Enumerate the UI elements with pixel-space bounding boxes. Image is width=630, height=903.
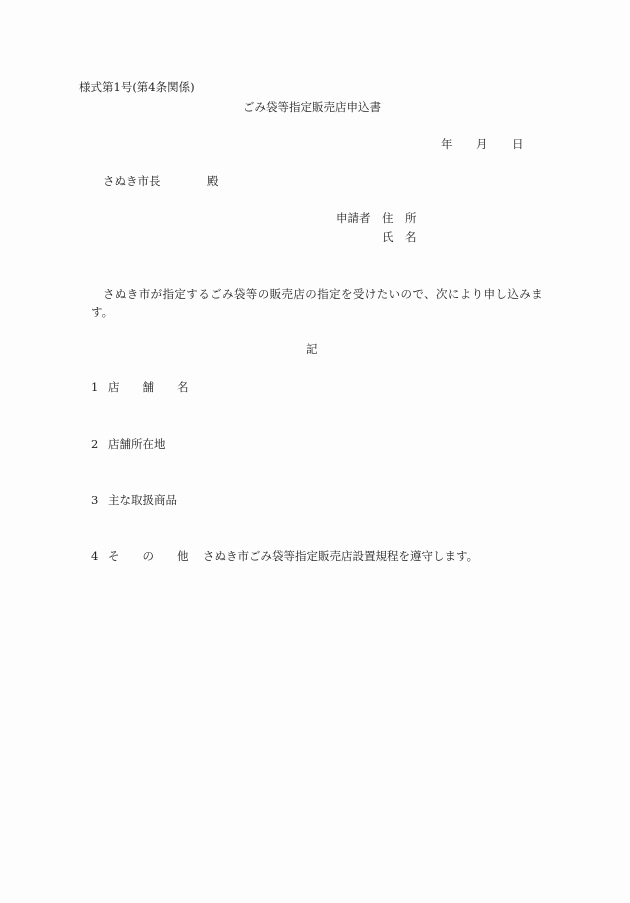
- date-day: 日: [512, 137, 524, 151]
- item-1-number: 1: [91, 380, 98, 394]
- item-4-number: 4: [91, 549, 98, 563]
- item-2-number: 2: [91, 437, 98, 451]
- item-1-label: 店 舗 名: [108, 380, 189, 394]
- applicant-label: 申請者: [336, 211, 371, 225]
- item-3-number: 3: [91, 493, 98, 507]
- applicant-name-label: 氏 名: [382, 230, 417, 244]
- addressee-name: さぬき市長: [103, 174, 161, 188]
- document-title: ごみ袋等指定販売店申込書: [243, 100, 381, 114]
- item-2-label: 店舗所在地: [108, 437, 166, 451]
- body-text-line1: さぬき市が指定するごみ袋等の販売店の指定を受けたいので、次により申し込みま: [103, 287, 543, 301]
- body-text-line2: す。: [91, 305, 113, 319]
- item-3-label: 主な取扱商品: [108, 493, 177, 507]
- date-year: 年: [441, 137, 453, 151]
- date-month: 月: [476, 137, 488, 151]
- applicant-address-label: 住 所: [382, 211, 417, 225]
- item-4-value: さぬき市ごみ袋等指定販売店設置規程を遵守します。: [203, 549, 478, 563]
- form-number: 様式第1号(第4条関係): [79, 80, 195, 94]
- ki-heading: 記: [306, 342, 318, 356]
- item-4-label: そ の 他: [108, 549, 189, 563]
- addressee-honorific: 殿: [207, 174, 219, 188]
